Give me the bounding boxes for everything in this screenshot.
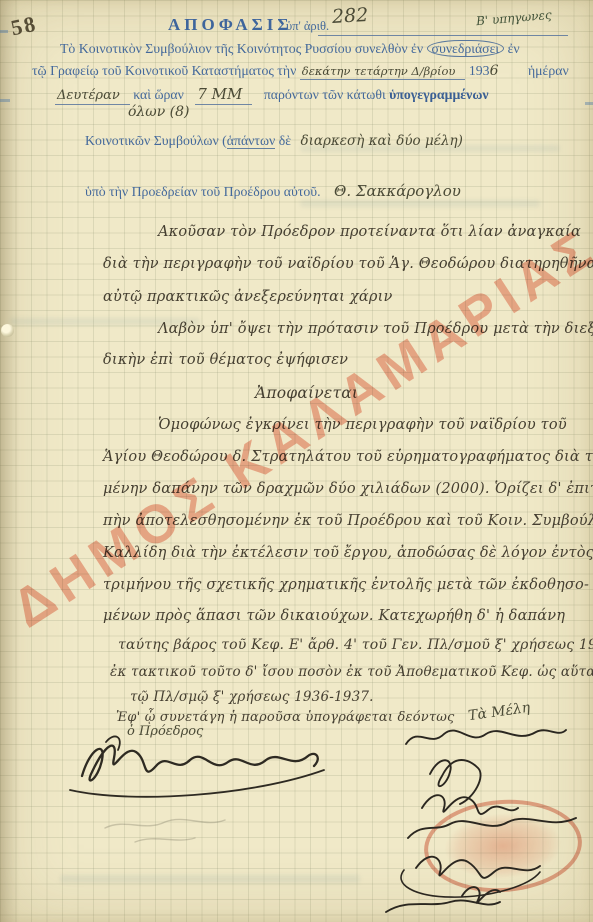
scanned-document-page: 58 ΑΠΟΦΑΣΙΣ ὑπ' ἀριθ. 282 Β' υπηγωνες Τὸ… [0, 0, 593, 922]
circled-word: συνεδριάσει [427, 40, 505, 57]
body-line: Καλλίδη διὰ τὴν ἐκτέλεσιν τοῦ ἔργου, ἀπο… [103, 545, 593, 561]
handwritten-year-digit: 6 [490, 63, 499, 79]
binding-shadow [0, 0, 20, 922]
pencil-scribble [95, 798, 295, 853]
body-line: ταύτης βάρος τοῦ Κεφ. Ε' ἄρθ. 4' τοῦ Γεν… [118, 637, 593, 653]
preamble-line-6: ὑπὸ τὴν Προεδρείαν τοῦ Προέδρου αὐτοῦ. Θ… [85, 182, 461, 200]
margin-note-handwritten: Β' υπηγωνες [476, 8, 553, 29]
body-line: Ακοῦσαν τὸν Πρόεδρον προτείναντα ὅτι λία… [158, 224, 581, 240]
decision-number-handwritten: 282 [331, 4, 368, 28]
body-heading: Ἀποφαίνεται [255, 384, 358, 402]
handwritten-count: όλων (8) [128, 104, 190, 120]
preamble-line-1: Τὸ Κοινοτικὸν Συμβούλιον τῆς Κοινότητος … [60, 41, 520, 57]
body-line: μένων πρὸς ἅπασι τῶν δικαιούχων. Κατεχωρ… [103, 608, 565, 624]
preamble-line-5: Κοινοτικῶν Συμβούλων (ἁπάντων δὲ διαρκεσ… [85, 133, 463, 149]
document-title: ΑΠΟΦΑΣΙΣ [168, 15, 292, 35]
underlined-word: ἁπάντων [227, 133, 276, 149]
body-line: διὰ τὴν περιγραφὴν τοῦ ναϊδρίου τοῦ Ἁγ. … [103, 256, 593, 272]
handwritten-president-name: Θ. Σακκάρογλου [334, 182, 461, 200]
body-line: τῷ Πλ/σμῷ ξ' χρήσεως 1936-1937. [130, 689, 374, 705]
preamble-text: τῷ Γραφείῳ τοῦ Κοινοτικοῦ Καταστήματος τ… [32, 63, 296, 78]
handwritten-time: 7 ΜΜ [195, 85, 252, 105]
hole-punch [1, 324, 14, 337]
body-line: Λαβὸν ὑπ' ὄψει τὴν πρότασιν τοῦ Προέδρου… [158, 321, 593, 337]
body-line: αὐτῷ πρακτικῶς ἀνεξερεύνηται χάριν [103, 289, 392, 305]
body-line: τριμήνου τῆς σχετικῆς χρηματικῆς ἐντολῆς… [103, 577, 589, 593]
members-label: Τὰ Μέλη [467, 700, 531, 725]
preamble-line-2: τῷ Γραφείῳ τοῦ Κοινοτικοῦ Καταστήματος τ… [32, 63, 569, 79]
ink-bleed [60, 875, 360, 883]
body-line: δικὴν ἐπὶ τοῦ θέματος ἐψήφισεν [103, 352, 348, 368]
preamble-year: 193 [469, 63, 490, 78]
preamble-text: ἡμέραν [528, 63, 569, 78]
body-line: μένην δαπάνην τῶν δραχμῶν δύο χιλιάδων (… [103, 481, 593, 497]
edge-mark [585, 102, 593, 105]
decision-number-line [318, 35, 568, 36]
edge-mark [0, 30, 8, 33]
preamble-text-bold: ὑπογεγραμμένων [389, 87, 488, 102]
page-number: 58 [9, 11, 40, 42]
body-line: Ὁμοφώνως ἐγκρίνει τὴν περιγραφὴν τοῦ ναϊ… [158, 417, 567, 433]
preamble-text: δὲ [279, 133, 291, 148]
president-signature [62, 728, 332, 806]
body-line: πὴν ἀποτελεσθησομένην ἐκ τοῦ Προέδρου κα… [103, 513, 593, 529]
handwritten-day: Δευτέραν [55, 88, 130, 105]
handwritten-date: δεκάτην τετάρτην Δ/βρίου [300, 64, 466, 80]
document-title-suffix: ὑπ' ἀριθ. [286, 19, 329, 34]
preamble-text: Τὸ Κοινοτικὸν Συμβούλιον τῆς Κοινότητος … [60, 41, 423, 56]
ink-bleed [300, 200, 540, 207]
preamble-text: Κοινοτικῶν Συμβούλων ( [85, 133, 227, 148]
preamble-text: ἐν [508, 41, 520, 56]
handwritten-insert: διαρκεσὴ καὶ δύο μέλη) [300, 133, 462, 149]
body-line: ἐκ τακτικοῦ τοῦτο δ' ἴσου ποσὸν ἐκ τοῦ Ἀ… [110, 664, 593, 680]
preamble-text: ὑπὸ τὴν Προεδρείαν τοῦ Προέδρου αὐτοῦ. [85, 184, 321, 199]
edge-mark [0, 99, 10, 102]
body-line: Ἁγίου Θεοδώρου δ. Στρατηλάτου τοῦ εὑρημα… [103, 449, 593, 465]
members-signatures [378, 722, 588, 918]
preamble-text: καὶ ὥραν [133, 87, 184, 102]
preamble-text: παρόντων τῶν κάτωθι [264, 87, 386, 102]
preamble-line-3: Δευτέραν καὶ ὥραν 7 ΜΜ παρόντων τῶν κάτω… [55, 85, 489, 103]
